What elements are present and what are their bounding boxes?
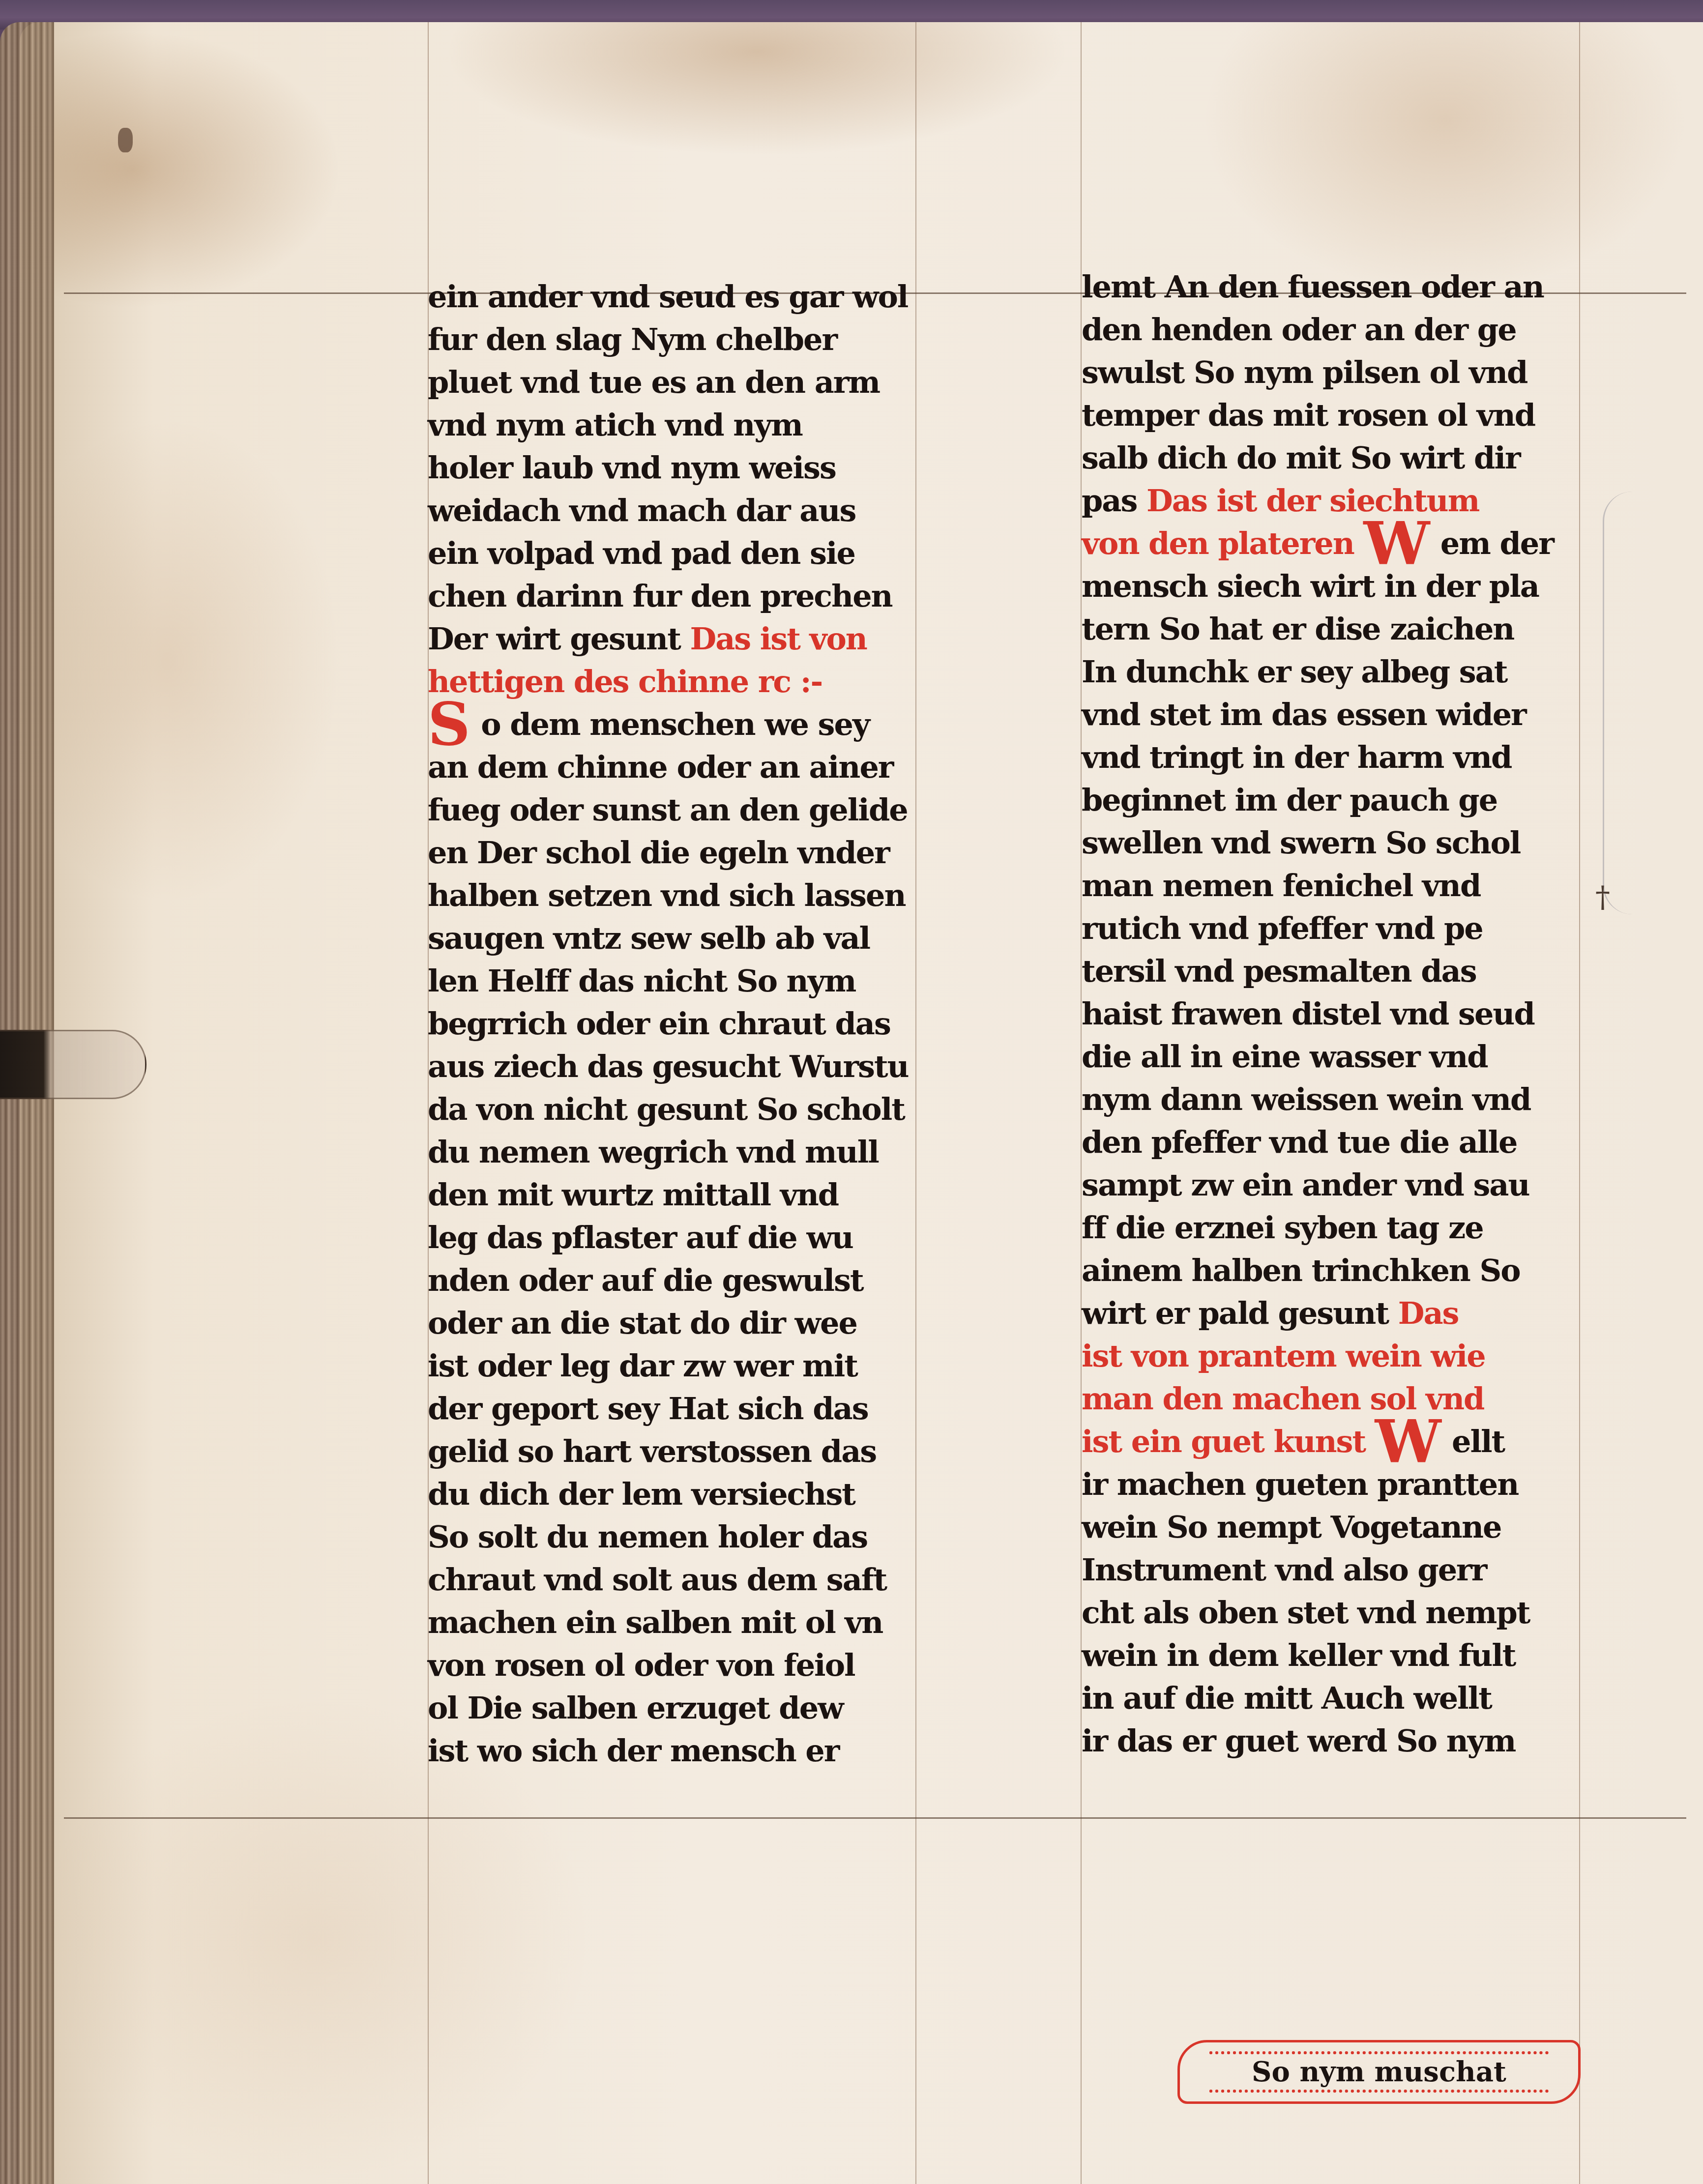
line-text: beginnet im der pauch ge — [1082, 782, 1497, 818]
pencil-mark — [1603, 492, 1663, 914]
text-line: swulst So nym pilsen ol vnd — [1082, 351, 1578, 394]
text-line: swellen vnd swern So schol — [1082, 821, 1578, 864]
text-line: oder an die stat do dir wee — [428, 1302, 919, 1344]
text-line: beginnet im der pauch ge — [1082, 779, 1578, 821]
line-text: em der — [1440, 525, 1554, 561]
text-line: fur den slag Nym chelber — [428, 318, 919, 361]
text-line: ein volpad vnd pad den sie — [428, 532, 919, 575]
line-text: pas — [1082, 483, 1137, 519]
text-line: vnd nym atich vnd nym — [428, 404, 919, 446]
line-text: ainem halben trinchken So — [1082, 1252, 1520, 1288]
line-text: ff die erznei syben tag ze — [1082, 1210, 1483, 1246]
rubric-heading: von den plateren — [1082, 525, 1354, 561]
line-text: nym dann weissen wein vnd — [1082, 1081, 1530, 1117]
text-line: ir das er guet werd So nym — [1082, 1719, 1578, 1762]
text-line: ist von prantem wein wie — [1082, 1335, 1578, 1377]
text-line: In dunchk er sey albeg sat — [1082, 650, 1578, 693]
line-text: du nemen wegrich vnd mull — [428, 1134, 879, 1170]
line-text: oder an die stat do dir wee — [428, 1305, 857, 1341]
line-text: swellen vnd swern So schol — [1082, 825, 1520, 861]
text-line: man den machen sol vnd — [1082, 1377, 1578, 1420]
line-text: temper das mit rosen ol vnd — [1082, 397, 1535, 433]
text-line: holer laub vnd nym weiss — [428, 446, 919, 489]
line-text: du dich der lem versiechst — [428, 1476, 855, 1512]
text-line: Der wirt gesunt Das ist von — [428, 617, 919, 660]
line-text: begrrich oder ein chraut das — [428, 1006, 890, 1042]
initial-letter: W — [1363, 524, 1429, 563]
text-line: cht als oben stet vnd nempt — [1082, 1591, 1578, 1634]
text-line: den henden oder an der ge — [1082, 308, 1578, 351]
line-text: pluet vnd tue es an den arm — [428, 364, 880, 400]
text-line: ist ein guet kunst W ellt — [1082, 1420, 1578, 1463]
initial-letter: W — [1375, 1422, 1440, 1461]
ruling-line — [1579, 22, 1580, 2184]
line-text: da von nicht gesunt So scholt — [428, 1091, 905, 1127]
line-text: den mit wurtz mittall vnd — [428, 1177, 838, 1213]
text-line: machen ein salben mit ol vn — [428, 1601, 919, 1644]
text-line: man nemen fenichel vnd — [1082, 864, 1578, 907]
text-line: begrrich oder ein chraut das — [428, 1002, 919, 1045]
text-line: in auf die mitt Auch wellt — [1082, 1677, 1578, 1719]
text-line: temper das mit rosen ol vnd — [1082, 394, 1578, 437]
line-text: wein So nempt Vogetanne — [1082, 1509, 1501, 1545]
text-line: chraut vnd solt aus dem saft — [428, 1558, 919, 1601]
line-text: So solt du nemen holer das — [428, 1519, 867, 1555]
text-line: len Helff das nicht So nym — [428, 960, 919, 1002]
line-text: vnd nym atich vnd nym — [428, 407, 802, 443]
line-text: ein ander vnd seud es gar wol — [428, 279, 908, 315]
text-line: pas Das ist der siechtum — [1082, 479, 1578, 522]
line-text: haist frawen distel vnd seud — [1082, 996, 1534, 1032]
line-text: in auf die mitt Auch wellt — [1082, 1680, 1492, 1716]
rubric-heading: ist von prantem wein wie — [1082, 1338, 1485, 1374]
text-line: ist wo sich der mensch er — [428, 1729, 919, 1772]
text-line: tersil vnd pesmalten das — [1082, 950, 1578, 992]
page-clip — [0, 1030, 147, 1099]
text-line: ir machen gueten prantten — [1082, 1463, 1578, 1506]
text-line: an dem chinne oder an ainer — [428, 746, 919, 788]
catchword-scroll: So nym muschat — [1177, 2040, 1581, 2104]
text-line: weidach vnd mach dar aus — [428, 489, 919, 532]
rubric-heading: ist ein guet kunst — [1082, 1424, 1365, 1459]
text-line: nden oder auf die geswulst — [428, 1259, 919, 1302]
line-text: mensch siech wirt in der pla — [1082, 568, 1539, 604]
text-line: da von nicht gesunt So scholt — [428, 1088, 919, 1131]
text-line: ol Die salben erzuget dew — [428, 1687, 919, 1729]
text-line: von den plateren W em der — [1082, 522, 1578, 565]
line-text: der geport sey Hat sich das — [428, 1391, 868, 1427]
line-text: vnd stet im das essen wider — [1082, 697, 1526, 732]
line-text: chen darinn fur den prechen — [428, 578, 892, 614]
text-line: saugen vntz sew selb ab val — [428, 917, 919, 960]
text-line: du nemen wegrich vnd mull — [428, 1131, 919, 1173]
text-line: fueg oder sunst an den gelide — [428, 788, 919, 831]
text-column-right: lemt An den fuessen oder an den henden o… — [1082, 265, 1578, 1762]
text-line: nym dann weissen wein vnd — [1082, 1078, 1578, 1121]
line-text: Der wirt gesunt — [428, 621, 680, 657]
line-text: wirt er pald gesunt — [1082, 1295, 1388, 1331]
text-line: mensch siech wirt in der pla — [1082, 565, 1578, 608]
text-line: halben setzen vnd sich lassen — [428, 874, 919, 917]
text-line: den pfeffer vnd tue die alle — [1082, 1121, 1578, 1164]
text-line: ist oder leg dar zw wer mit — [428, 1344, 919, 1387]
text-line: von rosen ol oder von feiol — [428, 1644, 919, 1687]
text-line: wirt er pald gesunt Das — [1082, 1292, 1578, 1335]
text-line: haist frawen distel vnd seud — [1082, 992, 1578, 1035]
line-text: holer laub vnd nym weiss — [428, 450, 836, 486]
line-text: rutich vnd pfeffer vnd pe — [1082, 910, 1483, 946]
stain-mark — [118, 128, 133, 152]
line-text: o dem menschen we sey — [481, 706, 869, 742]
text-line: den mit wurtz mittall vnd — [428, 1173, 919, 1216]
line-text: gelid so hart verstossen das — [428, 1433, 876, 1469]
text-line: leg das pflaster auf die wu — [428, 1216, 919, 1259]
line-text: lemt An den fuessen oder an — [1082, 269, 1544, 305]
margin-note: † — [1595, 880, 1610, 914]
line-text: len Helff das nicht So nym — [428, 963, 855, 999]
ruling-line — [64, 1817, 1686, 1819]
text-line: sampt zw ein ander vnd sau — [1082, 1164, 1578, 1206]
text-line: ainem halben trinchken So — [1082, 1249, 1578, 1292]
rubric-heading: Das ist von — [690, 621, 867, 657]
line-text: weidach vnd mach dar aus — [428, 493, 855, 528]
line-text: nden oder auf die geswulst — [428, 1262, 863, 1298]
line-text: wein in dem keller vnd fult — [1082, 1637, 1515, 1673]
line-text: Instrument vnd also gerr — [1082, 1552, 1486, 1588]
page-edges — [0, 22, 54, 2184]
text-line: ein ander vnd seud es gar wol — [428, 275, 919, 318]
text-line: hettigen des chinne rc :- — [428, 660, 919, 703]
line-text: die all in eine wasser vnd — [1082, 1039, 1488, 1075]
line-text: tern So hat er dise zaichen — [1082, 611, 1514, 647]
line-text: man nemen fenichel vnd — [1082, 868, 1480, 903]
line-text: an dem chinne oder an ainer — [428, 749, 893, 785]
text-line: chen darinn fur den prechen — [428, 575, 919, 617]
line-text: aus ziech das gesucht Wurstu — [428, 1048, 909, 1084]
line-text: ist wo sich der mensch er — [428, 1733, 839, 1769]
text-line: Instrument vnd also gerr — [1082, 1548, 1578, 1591]
text-line: vnd stet im das essen wider — [1082, 693, 1578, 736]
line-text: sampt zw ein ander vnd sau — [1082, 1167, 1529, 1203]
text-line: en Der schol die egeln vnder — [428, 831, 919, 874]
line-text: ir das er guet werd So nym — [1082, 1723, 1515, 1759]
text-line: ff die erznei syben tag ze — [1082, 1206, 1578, 1249]
line-text: In dunchk er sey albeg sat — [1082, 654, 1507, 690]
text-line: wein in dem keller vnd fult — [1082, 1634, 1578, 1677]
text-line: So solt du nemen holer das — [428, 1515, 919, 1558]
line-text: tersil vnd pesmalten das — [1082, 953, 1476, 989]
text-line: salb dich do mit So wirt dir — [1082, 437, 1578, 479]
line-text: salb dich do mit So wirt dir — [1082, 440, 1520, 476]
text-column-left: ein ander vnd seud es gar wol fur den sl… — [428, 275, 919, 1772]
catchword-text: So nym muschat — [1252, 2056, 1506, 2088]
text-line: vnd tringt in der harm vnd — [1082, 736, 1578, 779]
line-text: von rosen ol oder von feiol — [428, 1647, 855, 1683]
rubric-heading: Das ist der siechtum — [1146, 483, 1479, 519]
text-line: tern So hat er dise zaichen — [1082, 608, 1578, 650]
line-text: leg das pflaster auf die wu — [428, 1220, 853, 1255]
rubric-heading: hettigen des chinne rc :- — [428, 664, 822, 699]
line-text: halben setzen vnd sich lassen — [428, 877, 906, 913]
line-text: saugen vntz sew selb ab val — [428, 920, 870, 956]
text-line: die all in eine wasser vnd — [1082, 1035, 1578, 1078]
line-text: fur den slag Nym chelber — [428, 321, 837, 357]
line-text: den pfeffer vnd tue die alle — [1082, 1124, 1517, 1160]
line-text: chraut vnd solt aus dem saft — [428, 1562, 886, 1598]
text-line: wein So nempt Vogetanne — [1082, 1506, 1578, 1548]
line-text: ol Die salben erzuget dew — [428, 1690, 843, 1726]
text-line: lemt An den fuessen oder an — [1082, 265, 1578, 308]
line-text: fueg oder sunst an den gelide — [428, 792, 908, 828]
line-text: ein volpad vnd pad den sie — [428, 535, 855, 571]
text-line: S o dem menschen we sey — [428, 703, 919, 746]
line-text: ellt — [1452, 1424, 1504, 1459]
initial-letter: S — [428, 705, 470, 744]
line-text: machen ein salben mit ol vn — [428, 1604, 882, 1640]
line-text: en Der schol die egeln vnder — [428, 835, 889, 871]
line-text: ist oder leg dar zw wer mit — [428, 1348, 857, 1384]
line-text: den henden oder an der ge — [1082, 312, 1516, 348]
line-text: vnd tringt in der harm vnd — [1082, 739, 1511, 775]
text-line: rutich vnd pfeffer vnd pe — [1082, 907, 1578, 950]
text-line: gelid so hart verstossen das — [428, 1430, 919, 1473]
line-text: cht als oben stet vnd nempt — [1082, 1595, 1529, 1631]
text-line: der geport sey Hat sich das — [428, 1387, 919, 1430]
text-line: du dich der lem versiechst — [428, 1473, 919, 1515]
text-line: pluet vnd tue es an den arm — [428, 361, 919, 404]
text-line: aus ziech das gesucht Wurstu — [428, 1045, 919, 1088]
line-text: swulst So nym pilsen ol vnd — [1082, 354, 1527, 390]
rubric-heading: Das — [1398, 1295, 1459, 1331]
line-text: ir machen gueten prantten — [1082, 1466, 1518, 1502]
